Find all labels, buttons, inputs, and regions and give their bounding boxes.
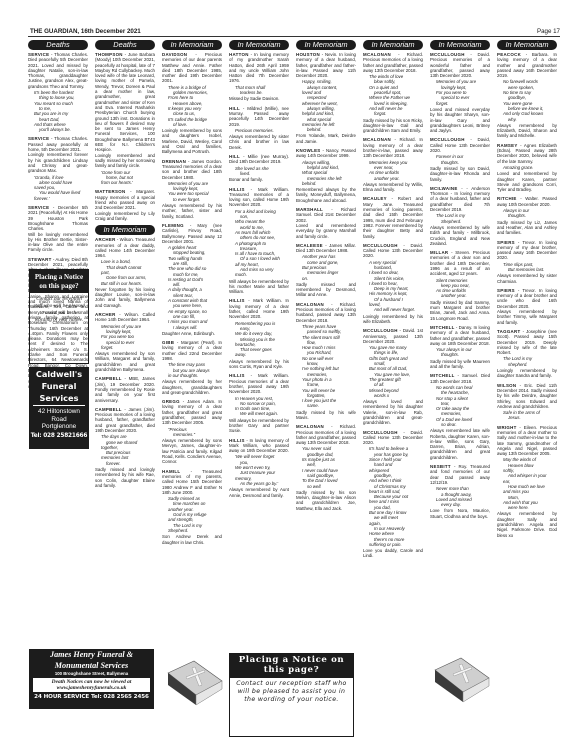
notice-signature: Love from Nora, Maurice, Stuart, Clodhna… [430,508,490,519]
deceased-name: MCALEESE [296,243,323,248]
name-separator: - [184,223,198,228]
notice-entry: PEACOCK - Barbara. In loving memory of a… [497,52,557,139]
notice-signature: From Yolande, Mark, Deirdre and Jamie. [296,133,356,144]
notice-signature: Always remembered by son William, Margar… [95,351,155,372]
notice-body: MCCULLOUGH - David. Called Home 13th Dec… [363,243,423,259]
deceased-name: KNOWLES [296,148,321,153]
notice-verse: Memories of you arelovingly kept,For you… [430,79,490,105]
notice-verse: Safe in the arms ofJesus. [497,410,557,421]
verse-line: thoughts. [436,160,490,165]
notice-entry: FLEMING - Mary (nee Carlisle), Finvoy Ro… [162,223,222,336]
notice-body: KNOWLES - Nancy. Passed away 14th Decemb… [296,148,356,159]
notice-signature: Sadly missed by wife Maureen and all the… [430,359,490,370]
notice-entry: HAMILL - Treasured memories of my parent… [162,469,222,545]
notice-entry: HILLIS - Mark William. Treasured memorie… [229,187,289,295]
notice-verse: 'Granda, if lovealone could havesaved yo… [28,175,88,201]
verse-line: from our hearts.' [101,180,155,185]
notice-entry: SERVICE - December 5th 2021 (Peacefully)… [28,205,88,253]
notice-body: MITCHELL - Danny. In loving memory of a … [430,325,490,346]
notice-entry: ARCHER - Wilson. Treasured memories of a… [95,237,155,308]
notice-signature: Daughter Anne, Edinburgh. [162,331,222,336]
verse-line: every day. [436,502,490,507]
notice-entry: WATTERSON - Margaret. Happy memories of … [95,189,155,221]
notice-entry: SERVICE - Thomas Charles. Passed away pe… [28,136,88,201]
placing-notice-ad-large: Placing a Notice on this page? Contact o… [229,653,354,737]
notice-verse: 'We will never forgetyou,We won't even t… [229,454,289,486]
ad-title-line: Funeral [29,379,89,391]
notice-entry: CAMPBELL - James (Jim). Precious memorie… [95,407,155,488]
deceased-name: MILLAR [430,250,448,255]
notice-entry: MILLAR - Steven. Precious memories of a … [430,250,490,321]
verse-line: so dear. [436,422,490,427]
notice-body: PEACOCK - Barbara. In loving memory of a… [497,52,557,78]
deceased-name: MCCULLOUGH [430,52,465,57]
notice-verse: The days aregone we sharedtogether,But p… [95,434,155,466]
notice-verse: Amazing grace. [497,165,557,170]
notice-body: SPIERS - Trevor. In loving memory of a d… [497,288,557,309]
notice-verse: Three years havepassed so swiftly,The si… [296,324,356,409]
notices-list: MCALONAN - Richard. Precious memories of… [363,52,423,559]
name-separator: - [245,187,258,192]
bible-cross-icon [164,655,224,707]
notice-entry: MCALONAN - Richard. Precious memories of… [296,302,356,421]
deceased-name: ARCHER [95,312,116,317]
name-separator: - [391,52,407,57]
verse-line: But memories last. [503,267,557,272]
notice-body: MCILWAINE - - Anderson Thomson - In lovi… [430,186,490,212]
name-separator: - [398,243,411,248]
notice-body: RAMSEY - Agnes Elizabeth (Edna). Passed … [497,143,557,164]
notice-verse: The Lord is myshepherd. [497,356,557,367]
notice-signature: Always remembered by brother Timmy, wife… [497,309,557,325]
notice-signature: Always remembered by sons Mervyn, James,… [162,438,222,464]
column-deaths-2: Deaths THOMPSON - June Barbara (Moody) 1… [95,40,155,600]
deceased-name: MCCULLOUGH [430,137,465,142]
notice-verse: Happy, smiling,always content,loved andr… [296,79,356,132]
deceased-name: MCALONAN [363,52,391,57]
notice-signature: Sadly missed by Liz, James and Heather, … [497,220,557,236]
notice-text: Eileen. Precious memories of a dear moth… [497,425,557,456]
notice-signature: Lovingly remembered by Lily Craig and fa… [95,211,155,222]
name-separator: - [122,376,129,381]
notice-verse: Always in ourthoughts. [497,208,557,219]
deceased-name: WILSON [497,383,516,388]
name-separator: - [517,425,524,430]
notice-body: MCCULLOUGH - David. 1st Anniversary, pas… [363,328,423,344]
notice-entry: NESBITT - Roy. Treasured and fond memori… [430,464,490,519]
notice-text: June Barbara (Moody) 10th December 2021,… [95,52,155,152]
notice-signature: Sadly missed and lovingly remembered by … [95,467,155,488]
ad-title-line: James Henry Funeral & [29,649,154,660]
newspaper-page: THE GUARDIAN, 16th December 2021 Page 17… [28,27,560,727]
deceased-name: CAMPBELL [95,407,122,412]
verse-line: another year. [436,293,490,298]
verse-line: so well. [302,484,356,489]
notice-verse: There is a bridge ofgolden memories,From… [162,85,222,127]
notice-signature: Love you daddy, Carole and Lindi. [363,548,423,559]
deceased-name: MCCULLOUGH [363,328,398,333]
notice-verse: Never more thana thought away,Loved and … [430,486,490,507]
deceased-name: MARSHALL [296,207,323,212]
notice-body: MCALONAN - Richard. Precious memories of… [296,424,356,445]
name-separator: - [465,52,478,57]
deceased-name: STEWART [28,257,52,262]
verse-line: much. [235,272,289,277]
notice-entry: DRENNAN - James Gordon. Treasured memori… [162,159,222,219]
notice-body: GIBB - Margaret (Pearl). In loving memor… [162,340,222,361]
verse-line: You would have lived [34,190,88,195]
verse-line: Jesus. [503,415,557,420]
name-separator: - [387,196,398,201]
section-banner-in-memoriam: In Memoriam [430,40,490,50]
deceased-name: SERVICE [28,136,49,141]
ad-title-line: Caldwell's [29,367,89,379]
ad-address-line: 42 Hiltonstown [29,408,89,416]
deceased-name: PEACOCK [497,52,521,57]
notice-entry: SERVICE - Thomas Charles. Died peacefull… [28,52,88,132]
deceased-name: CAMPBELL [95,376,122,381]
deceased-name: SPIERS [497,240,515,245]
notice-entry: MCALEESE - James Millar. Died 13th Decem… [296,243,356,298]
notice-body: MARSHALL - Richard Samuel. Died 21st Dec… [296,207,356,223]
notice-verse: Memories keep youever near,As time unfol… [363,160,423,181]
name-separator: - [174,340,181,345]
notice-signature: Never forgotten by his loving daughter L… [95,287,155,308]
notice-signature: Always remembered by sister Chris and br… [229,134,289,150]
notice-signature: Sadly missed by his wife Mavis. [296,410,356,421]
ad-heading: Placing a Notice on this page? [230,654,353,678]
notice-signature: Always loved and remembered by his daugh… [363,399,423,425]
notice-entry: MITCHELL - Danny. In loving memory of a … [430,325,490,369]
ad-body: Contact our reception staff who will be … [230,678,353,707]
ad-heading: Placing a Notice on this page? [30,270,88,293]
deceased-name: MCILWAINE [430,186,458,191]
name-separator: - [465,137,478,142]
notices-list: ARCHER - Wilson. Treasured memories of a… [95,237,155,488]
section-banner-deaths: Deaths [28,40,88,50]
notice-entry: HILLIS - In loving memory of Mark Willia… [229,438,289,498]
name-separator: - [398,430,411,435]
verse-line: forgot. [369,111,423,116]
notice-verse: No farewell wordswere spoken,No time to … [497,79,557,121]
notice-entry: DAVIDSON - Precious memories of our dear… [162,52,222,155]
verse-line: memories." [168,432,222,437]
notice-body: HILL - Millie (nee Murray). Died 19th De… [229,154,289,165]
notice-signature: Sadly missed by his son Melvin, daughter… [296,490,356,511]
deceased-name: GIBB [162,340,174,345]
notice-signature: Always remembered by wife Edith and fami… [430,225,490,246]
notice-signature: Lovingly remembered by his wife Elizabet… [363,314,423,325]
notice-body: DAVIDSON - Precious memories of our dear… [162,52,222,84]
notice-body: DRENNAN - James Gordon. Treasured memori… [162,159,222,180]
notice-signature: Always remembered by his sons Curtis, Ry… [229,359,289,370]
name-separator: - [324,302,340,307]
deceased-name: HILLIS [229,187,245,192]
ad-web-box: Death Notices can now be viewed at www.j… [32,677,151,693]
deceased-name: HILLIS [229,438,245,443]
notice-body: MILLAR - Steven. Precious memories of a … [430,250,490,276]
notice-verse: Your always in ourthoughts. [430,347,490,358]
deceased-name: HOUSTON [296,52,320,57]
notice-body: MCALEESE - James Millar. Died 13th Decem… [296,243,356,254]
notice-signature: Always remembered by sister Charmian. [497,273,557,284]
notice-signature: Always remembered by her daughters, gran… [162,379,222,395]
notice-entry: MITCHELL - Samuel. Died 13th December 20… [430,373,490,460]
notice-verse: Forever in ourthoughts. [430,154,490,165]
deceased-name: DAVIDSON [162,52,187,57]
ad-address: 100 Broughshane Street, Ballymena [29,671,154,676]
deceased-name: RAMSEY [497,143,518,148]
notice-verse: Precious memories. [229,128,289,133]
notice-entry: HILLIS - Mark William. In loving memory … [229,298,289,369]
notice-entry: HILL - Mildred (Millie), nee Murray. Pas… [229,106,289,150]
notice-body: MCCULLOUGH - David. Precious memories of… [430,52,490,78]
notice-signature: Sadly missed by his son Ricky, daughter-… [363,118,423,134]
notice-verse: You gave me manythings in life,Gifts bot… [363,345,423,398]
notice-body: RITCHIE - Walter. Passed away 10th Decem… [497,196,557,207]
notice-verse: May the winds ofHeaven blowsoftly,And wh… [497,457,557,510]
notice-verse: 'Gone from ourhome, but notfrom our hear… [95,170,155,186]
notice-body: MCALONAN - Richard. Precious memories of… [363,52,423,73]
notice-body: GREGG - James Adam. In loving memory of … [162,399,222,425]
notice-entry: MCCULLOUGH - David. Precious memories of… [430,52,490,133]
ad-address-line: Portglenone [29,423,89,431]
name-separator: - [323,207,341,212]
name-separator: - [125,189,136,194]
deceased-name: HILL [229,154,240,159]
notice-text: Thomas Charles. Died peacefully 5th Dece… [28,52,88,89]
ad-body: Contact our reception staff who will be … [30,293,88,327]
deceased-name: FLEMING [162,223,184,228]
verse-line: away. [235,352,289,357]
bible-cross-icon [431,652,491,704]
notice-body: HILLIS - In loving memory of Mark Willia… [229,438,289,454]
deceased-name: MCALONAN [363,137,391,142]
deceased-name: ARCHER [95,237,116,242]
notice-body: SPIERS - Trevor. In loving memory of my … [497,240,557,261]
notice-verse: Time slips past,But memories last. [497,262,557,273]
notice-entry: TAGGART - Josephine (nee Scott). Passed … [497,329,557,379]
deceased-name: RITCHIE [497,196,517,201]
verse-line: shepherd. [503,362,557,367]
verse-line: why. [503,117,557,122]
name-separator: - [455,373,462,378]
column-memoriam-3: In Memoriam DAVIDSON - Precious memories… [162,40,222,640]
notice-body: MCCULLOUGH - David. Called Home 13th Dec… [363,430,423,446]
notice-signature: Always remembered by Willis, Elma and fa… [363,182,423,193]
notice-entry: RAMSEY - Agnes Elizabeth (Edna). Passed … [497,143,557,193]
notice-entry: MARSHALL - Richard Samuel. Died 21st Dec… [296,207,356,239]
notice-body: MCAULEY - Robert and Mary Jane. Treasure… [363,196,423,238]
notice-entry: SPIERS - Trevor. In loving memory of my … [497,240,557,284]
name-separator: - [517,196,526,201]
verse-line: in our thoughts. [168,373,222,378]
column-memoriam-4: In Memoriam HATTON - In loving memory of… [229,40,289,635]
name-separator: - [187,52,205,57]
name-separator: - [245,373,258,378]
page-number: Page 17 [537,28,560,35]
notice-body: WRIGHT - Eileen. Precious memories of a … [497,425,557,457]
verse-line: forever. [101,461,155,466]
notice-verse: Silent memorieskeep you near,As time unf… [430,278,490,299]
verse-line: As the years go by.' [235,481,289,486]
ad-address-line: Road [29,416,89,424]
deceased-name: HILLIS [229,373,245,378]
verse-line: And will never forget. [369,307,423,312]
section-banner-in-memoriam: In Memoriam [162,40,222,50]
ad-title-line: Services [29,391,89,403]
notice-body: TAGGART - Josephine (nee Scott). Passed … [497,329,557,355]
notice-verse: A golden heartstopped beating,Two willin… [162,245,222,330]
verse-line: Shepherd. [168,528,222,533]
notice-text: Precious memories of our dear parents Ma… [162,52,222,83]
notice-verse: Remembering you iseasy,We do it every da… [229,321,289,358]
name-separator: - [324,424,340,429]
deceased-name: SERVICE [28,52,49,57]
deceased-name: HAMILL [162,469,180,474]
notice-body: CAMPBELL - James (Jim). Precious memorie… [95,407,155,433]
notice-verse: The time may passbut you are alwaysin ou… [162,362,222,378]
verse-line: forget. [436,101,490,106]
section-banner-in-memoriam: In Memoriam [363,40,423,50]
verse-line: tearless be. [235,90,289,95]
notice-entry: RITCHIE - Walter. Passed away 10th Decem… [497,196,557,235]
notice-body: ARCHER - Wilson. Called Home 14th Decemb… [95,312,155,323]
column-memoriam-6: In Memoriam MCALONAN - Richard. Precious… [363,40,423,720]
placing-notice-ad-small: Placing a Notice on this page? Contact o… [29,269,89,364]
deceased-name: HILLIS [229,298,245,303]
notice-body: HILL - Mildred (Millie), nee Murray. Pas… [229,106,289,127]
notice-body: SERVICE - Thomas Charles. Passed away pe… [28,136,88,152]
notice-body: HOUSTON - Nevin. In loving memory of a d… [296,52,356,78]
notices-list: HOUSTON - Nevin. In loving memory of a d… [296,52,356,511]
notice-signature: Loved and remembered everyday by granny … [296,223,356,239]
notice-entry: HOUSTON - Nevin. In loving memory of a d… [296,52,356,144]
verse-line: thoughts. [503,213,557,218]
name-separator: - [49,205,58,210]
caldwells-funeral-ad: Caldwell's Funeral Services 42 Hiltonsto… [29,367,89,449]
notice-verse: Another year hascome and gone,But precio… [296,254,356,280]
verse-line: I always will. [168,325,222,330]
notice-verse: A very specialhusband,I loved so dear,Si… [363,260,423,313]
notice-entry: MCALONAN - Richard. Precious memories of… [363,52,423,133]
notice-signature: Lovingly remembered by daughter Sandra a… [497,368,557,379]
verse-line: were here. [503,505,557,510]
notice-entry: MCALONAN - Richard. In loving memory of … [363,137,423,192]
notice-entry: MCCULLOUGH - David. 1st Anniversary, pas… [363,328,423,425]
notice-verse: That morn shalltearless be. [229,85,289,96]
notice-signature: Loved and missed everyday by his daughte… [430,107,490,133]
deceased-name: HATTON [229,52,249,57]
notice-signature: Sadly missed by son David, daughter-in-l… [430,166,490,182]
notices-list: DAVIDSON - Precious memories of our dear… [162,52,222,545]
notice-signature: Son Andrew Derek and daughter in law Chr… [162,534,222,545]
notice-signature: Always remembered by daughter Sally and … [497,511,557,537]
notice-entry: CAMPBELL - MBE, James (Jim), 19 December… [95,376,155,402]
notice-entry: MCALONAN - Richard. Precious memories of… [296,424,356,511]
notice-entry: THOMPSON - June Barbara (Moody) 10th Dec… [95,52,155,185]
notice-body: THOMPSON - June Barbara (Moody) 10th Dec… [95,52,155,153]
notice-signature: Will be lovingly remembered by His Broth… [28,232,88,253]
verse-line: behind. [302,127,356,132]
notice-signature: Bonar and family. [229,177,289,182]
name-separator: - [240,154,248,159]
masthead: THE GUARDIAN, 16th December 2021 Page 17 [28,27,560,37]
section-banner-in-memoriam: In Memoriam [497,40,557,50]
name-separator: - [245,298,253,303]
verse-line: Shepherd. [436,219,490,224]
notice-entry: WRIGHT - Eileen. Precious memories of a … [497,425,557,538]
ad-service-phone: 24 HOUR SERVICE Tel: 028 2565 2456 [29,693,154,701]
notice-body: ARCHER - Wilson. Treasured memories of a… [95,237,155,258]
verse-line: behind. [302,181,356,186]
notice-body: SERVICE - December 5th 2021 (Peacefully)… [28,205,88,231]
section-banner-in-memoriam: In Memoriam [95,225,155,235]
section-banner-in-memoriam: In Memoriam [229,40,289,50]
notice-verse: Sadly missed astime marches onanother ye… [162,496,222,533]
notice-entry: MCCULLOUGH - David. Called Home 13th Dec… [363,430,423,559]
verse-line: Amazing grace. [503,165,557,170]
website-link[interactable]: www.jameshenryfunerals.co.uk [33,685,150,691]
notice-verse: In Heaven you rest,No sorrow or pain,In … [229,396,289,417]
deceased-name: NESBITT [430,464,451,469]
notice-text: In loving memory of my grandmother Sarah… [229,52,289,83]
deceased-name: MCALONAN [296,302,324,307]
notice-entry: ARCHER - Wilson. Called Home 14th Decemb… [95,312,155,372]
notice-verse: No words can healthe heartache,Nor stop … [430,385,490,427]
notice-entry: HATTON - In loving memory of my grandmot… [229,52,289,102]
notice-entry: MCAULEY - Robert and Mary Jane. Treasure… [363,196,423,238]
notice-signature: Will always be remembered by his mother … [229,279,289,295]
deceased-name: MITCHELL [430,325,455,330]
verse-line: We will meet again. [235,411,289,416]
notice-entry: MCCULLOUGH - David, Called Home 13th Dec… [430,137,490,181]
verse-line: another year. [369,176,423,181]
notice-entry: WILSON - Eric. Died 11th December 2014. … [497,383,557,421]
notice-verse: You never saidgoodbye dad,Its maybe just… [296,446,356,488]
verse-line: forever.' [34,196,88,201]
notice-body: MCALONAN - Richard. In loving memory of … [363,137,423,158]
notice-signature: Lovingly remembered and sadly missed by … [95,153,155,169]
notice-verse: The winds of loveblow softly,On a quiet … [363,74,423,116]
notice-body: HILLIS - Mark William. Treasured memorie… [229,187,289,208]
notice-body: HATTON - In loving memory of my grandmot… [229,52,289,84]
notice-signature: Loved and remembered by daughter Karen, … [497,171,557,192]
name-separator: - [521,52,532,57]
verse-line: But still in our hearts. [101,281,155,286]
verse-line: suffering or pain. [369,542,423,547]
notice-entry: GIBB - Margaret (Pearl). In loving memor… [162,340,222,395]
notice-signature: Lovingly remembered by sons and daughter… [162,128,222,154]
notice-entry: SPIERS - Trevor. In loving memory of a d… [497,288,557,325]
divider [33,405,85,406]
column-memoriam-5: In Memoriam HOUSTON - Nevin. In loving m… [296,40,356,635]
verse-line: forget. [101,345,155,350]
verse-line: thoughts. [436,352,490,357]
verse-line: on. [302,276,356,281]
publication-date: THE GUARDIAN, 16th December 2021 [30,28,141,35]
notice-verse: Love is a bond,That death cannotpart,Gon… [95,259,155,285]
verse-line: words x [369,393,423,398]
notice-signature: Lovingly remembered forever by his grand… [28,152,88,173]
notice-verse: Memories of you arelovingly kept,For you… [95,324,155,350]
notice-verse: The Lord is myShepherd. [430,213,490,224]
notice-verse: Memories of you arelovingly kept,You wer… [162,181,222,202]
deceased-name: MCCULLOUGH [363,430,398,435]
ad-title-line: Monumental Services [29,660,154,671]
verse-line: you'll always be. [34,127,88,132]
column-memoriam-8: In Memoriam PEACOCK - Barbara. In loving… [497,40,557,730]
